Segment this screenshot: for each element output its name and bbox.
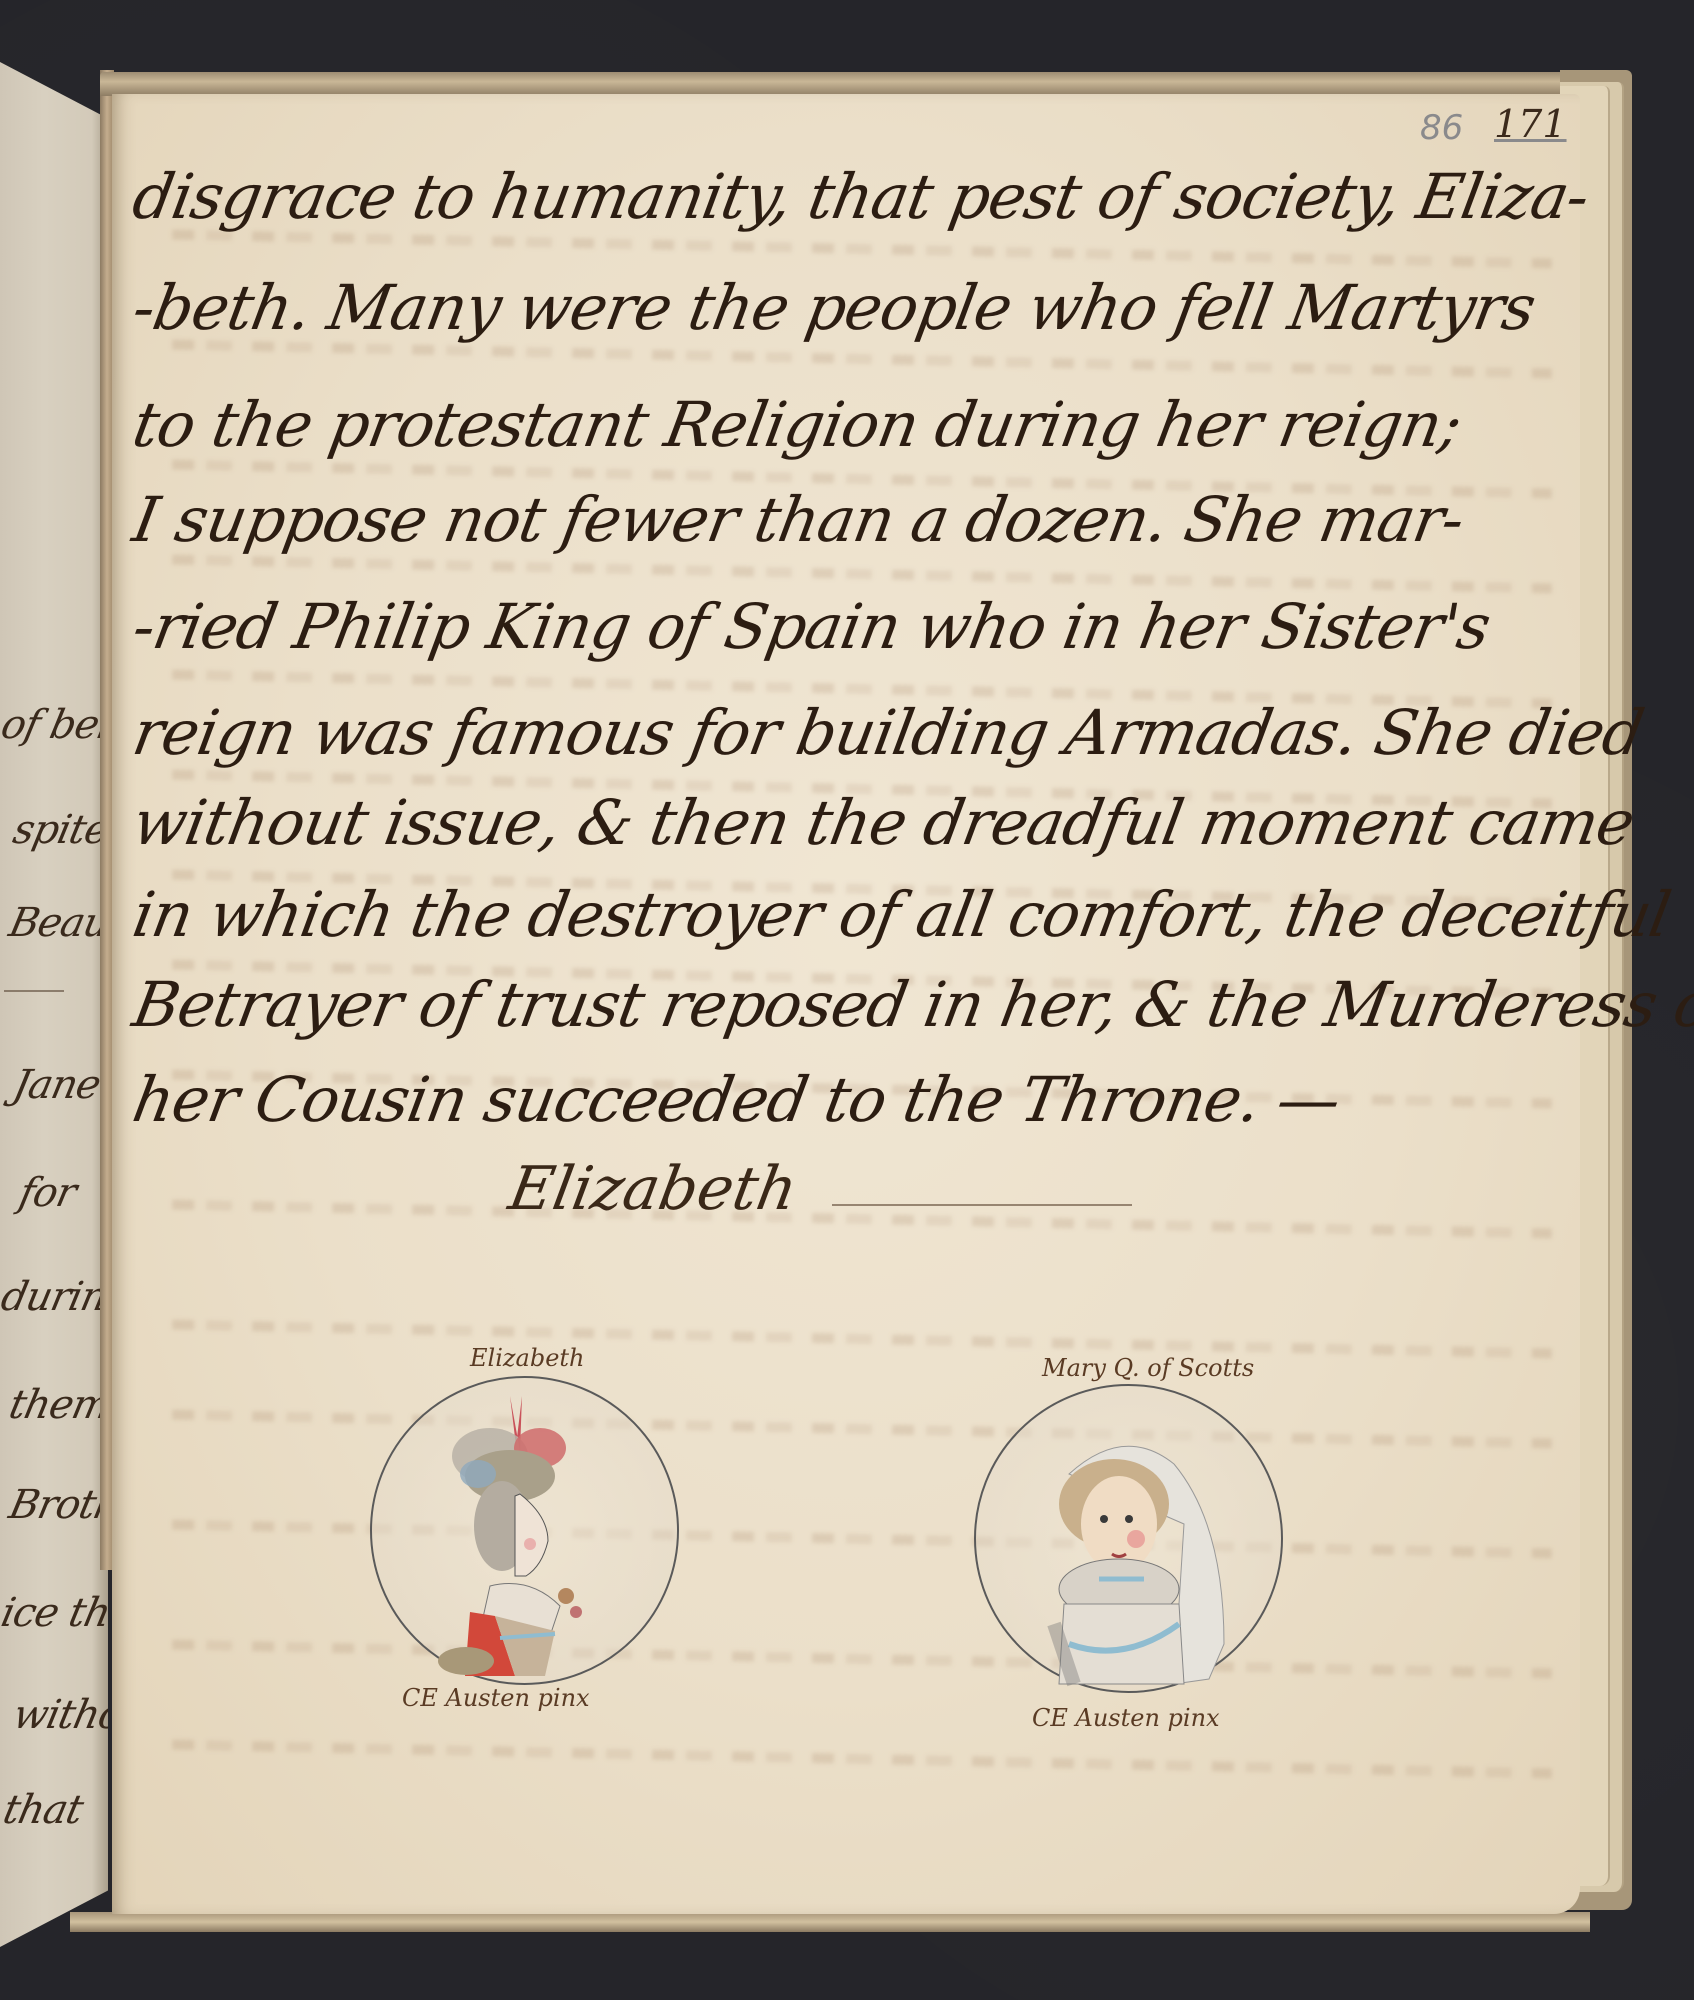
heading-rule	[832, 1204, 1132, 1206]
text-line: Betrayer of trust reposed in her, & the …	[129, 974, 1694, 1036]
text-line: in which the destroyer of all comfort, t…	[129, 884, 1675, 946]
elizabeth-figure	[370, 1376, 675, 1681]
portrait-caption: Mary Q. of Scotts	[1042, 1354, 1254, 1382]
left-fragment: that	[0, 1787, 87, 1833]
bottom-binding-edge	[70, 1912, 1590, 1932]
left-fragment: Jane	[9, 1062, 104, 1108]
portrait-credit: CE Austen pinx	[402, 1684, 590, 1712]
text-line: her Cousin succeeded to the Throne. —	[129, 1069, 1345, 1131]
manuscript-page: 86 171 disgrace to humanity, that pest o…	[112, 94, 1580, 1914]
top-binding-edge	[100, 72, 1580, 96]
left-fragment: for	[15, 1170, 80, 1216]
text-line: without issue, & then the dreadful momen…	[129, 792, 1639, 854]
text-line: disgrace to humanity, that pest of socie…	[129, 166, 1593, 228]
portrait-mary-queen-of-scots: Mary Q. of Scotts CE Austen pinx	[962, 1354, 1292, 1754]
ink-page-number: 171	[1494, 102, 1567, 146]
left-page-rule	[4, 990, 64, 992]
left-page-edge: of being spite Beauty Jane for during th…	[0, 62, 108, 1947]
portrait-elizabeth: Elizabeth CE Austen pinx	[362, 1344, 682, 1734]
text-line: -beth. Many were the people who fell Mar…	[129, 277, 1540, 339]
mary-figure	[974, 1384, 1279, 1689]
text-line: -ried Philip King of Spain who in her Si…	[129, 596, 1495, 658]
section-heading: Elizabeth	[504, 1154, 803, 1224]
pencil-folio-number: 86	[1420, 108, 1463, 148]
left-fragment: spite	[9, 807, 112, 853]
portrait-caption: Elizabeth	[470, 1344, 585, 1372]
text-line: to the protestant Religion during her re…	[129, 394, 1466, 456]
text-line: reign was famous for building Armadas. S…	[129, 702, 1648, 764]
text-line: I suppose not fewer than a dozen. She ma…	[129, 489, 1468, 551]
portrait-credit: CE Austen pinx	[1032, 1704, 1220, 1732]
